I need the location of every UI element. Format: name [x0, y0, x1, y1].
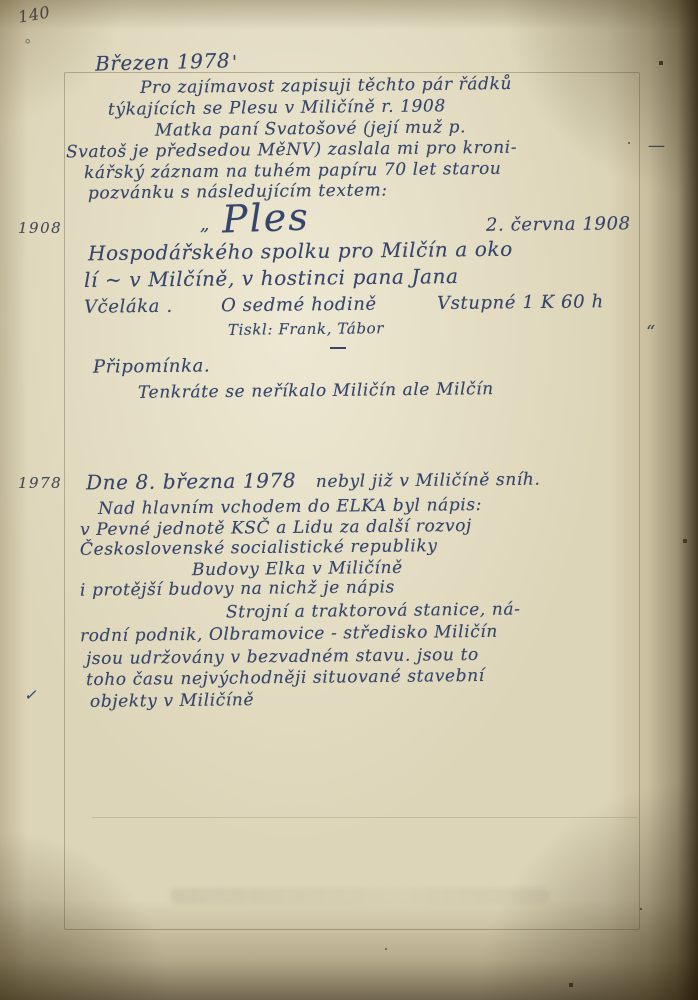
- entry-line-11: objekty v Miličíně: [90, 690, 254, 712]
- pencil-line: [92, 817, 638, 818]
- margin-check-mark: ✓: [24, 686, 37, 704]
- entry-line-2: Nad hlavním vchodem do ELKA byl nápis:: [98, 495, 482, 519]
- invitation-printer: Tiskl: Frank, Tábor: [228, 319, 384, 339]
- invitation-date: 2. června 1908: [486, 213, 631, 236]
- entry-line-6: i protější budovy na nichž je nápis: [80, 577, 395, 600]
- invitation-detail-line: Včeláka . O sedmé hodině Vstupné 1 K 60 …: [84, 291, 604, 317]
- remark-heading: Připomínka.: [93, 355, 210, 377]
- margin-year-1908: 1908: [18, 219, 62, 237]
- margin-year-1978: 1978: [18, 474, 62, 492]
- entry-line-7: Strojní a traktorová stanice, ná-: [226, 599, 521, 622]
- intro-line-1: Pro zajímavost zapisuji těchto pár řádků: [140, 74, 512, 98]
- entry-line-8: rodní podnik, Olbramovice - středisko Mi…: [80, 622, 498, 646]
- entry-line-1: Dne 8. března 1978 nebyl již v Miličíně …: [86, 466, 541, 495]
- stray-dot-mark: °: [24, 36, 32, 54]
- intro-line-2: týkajících se Plesu v Miličíně r. 1908: [108, 96, 446, 120]
- page-number: 140: [17, 2, 52, 26]
- intro-line-3: Matka paní Svatošové (její muž p.: [155, 117, 466, 140]
- heading-tick-mark: ': [232, 52, 238, 73]
- dust-specks: [0, 0, 2, 2]
- erased-writing-smudge: [170, 888, 550, 904]
- month-heading: Březen 1978: [95, 48, 231, 75]
- invitation-line-1: Hospodářského spolku pro Milčín a oko: [88, 237, 513, 265]
- entry-line-9: jsou udržovány v bezvadném stavu. jsou t…: [86, 645, 479, 669]
- invitation-time: O sedmé hodině: [221, 294, 377, 317]
- invitation-host: Včeláka .: [84, 296, 173, 318]
- remark-body: Tenkráte se neříkalo Miličín ale Milčín: [138, 379, 494, 403]
- entry-line-10: toho času nejvýchodněji situované staveb…: [86, 666, 485, 690]
- invitation-close-quote: “: [646, 322, 656, 343]
- invitation-open-quote: „: [200, 214, 210, 235]
- intro-line-5: kářský záznam na tuhém papíru 70 let sta…: [84, 159, 502, 183]
- entry-line-4: Československé socialistické republiky: [80, 536, 438, 560]
- entry-date: Dne 8. března 1978: [86, 468, 296, 494]
- printer-underline-mark: [330, 347, 346, 349]
- invitation-price: Vstupné 1 K 60 h: [437, 291, 604, 314]
- invitation-title: Ples: [221, 194, 310, 241]
- entry-line-1-rest: nebyl již v Miličíně sníh.: [316, 470, 541, 492]
- margin-dash-mark: —: [648, 136, 666, 156]
- invitation-line-2: lí ~ v Milčíně, v hostinci pana Jana: [84, 264, 459, 292]
- chronicle-page: 140 ° Březen 1978 ' Pro zajímavost zapis…: [0, 0, 698, 1000]
